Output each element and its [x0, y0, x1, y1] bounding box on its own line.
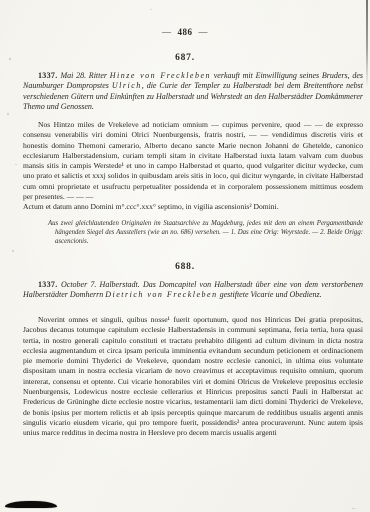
scanned-book-page: —486— 687. 1337. Mai 28. Ritter Hinze vo… — [0, 0, 370, 512]
scan-speck — [7, 113, 9, 115]
scan-speck — [9, 58, 11, 60]
page-number: 486 — [178, 27, 193, 37]
entry-687-dating-clause: Actum et datum anno Domini m°.ccc°.xxx° … — [23, 202, 363, 212]
scan-speck — [12, 250, 14, 252]
entry-688-regest: 1337. October 7. Halberstadt. Das Domcap… — [23, 280, 363, 301]
header-rule-left: — — [156, 27, 178, 37]
entry-687-charter-text: Nos Hintzo miles de Vrekeleve ad noticia… — [23, 120, 363, 202]
scan-speck — [352, 508, 355, 509]
entry-687-regest: 1337. Mai 28. Ritter Hinze von Frecklebe… — [23, 71, 363, 113]
entry-688-charter-text: Noverint omnes et singuli, quibus nosse¹… — [23, 315, 363, 439]
scan-speck — [15, 164, 17, 165]
entry-688-body-block: Noverint omnes et singuli, quibus nosse¹… — [23, 315, 363, 439]
header-rule-right: — — [193, 27, 215, 37]
scan-speck — [150, 9, 152, 10]
ink-smudge — [5, 501, 57, 508]
entry-687-body-block: Nos Hintzo miles de Vrekeleve ad noticia… — [23, 120, 363, 213]
entry-687-footnote: Aus zwei gleichlautenden Originalen im S… — [23, 219, 363, 246]
page-header: —486— — [15, 27, 355, 37]
entry-687-number: 687. — [15, 53, 355, 63]
entry-688-number: 688. — [15, 262, 355, 272]
scan-edge-shadow — [366, 0, 368, 88]
